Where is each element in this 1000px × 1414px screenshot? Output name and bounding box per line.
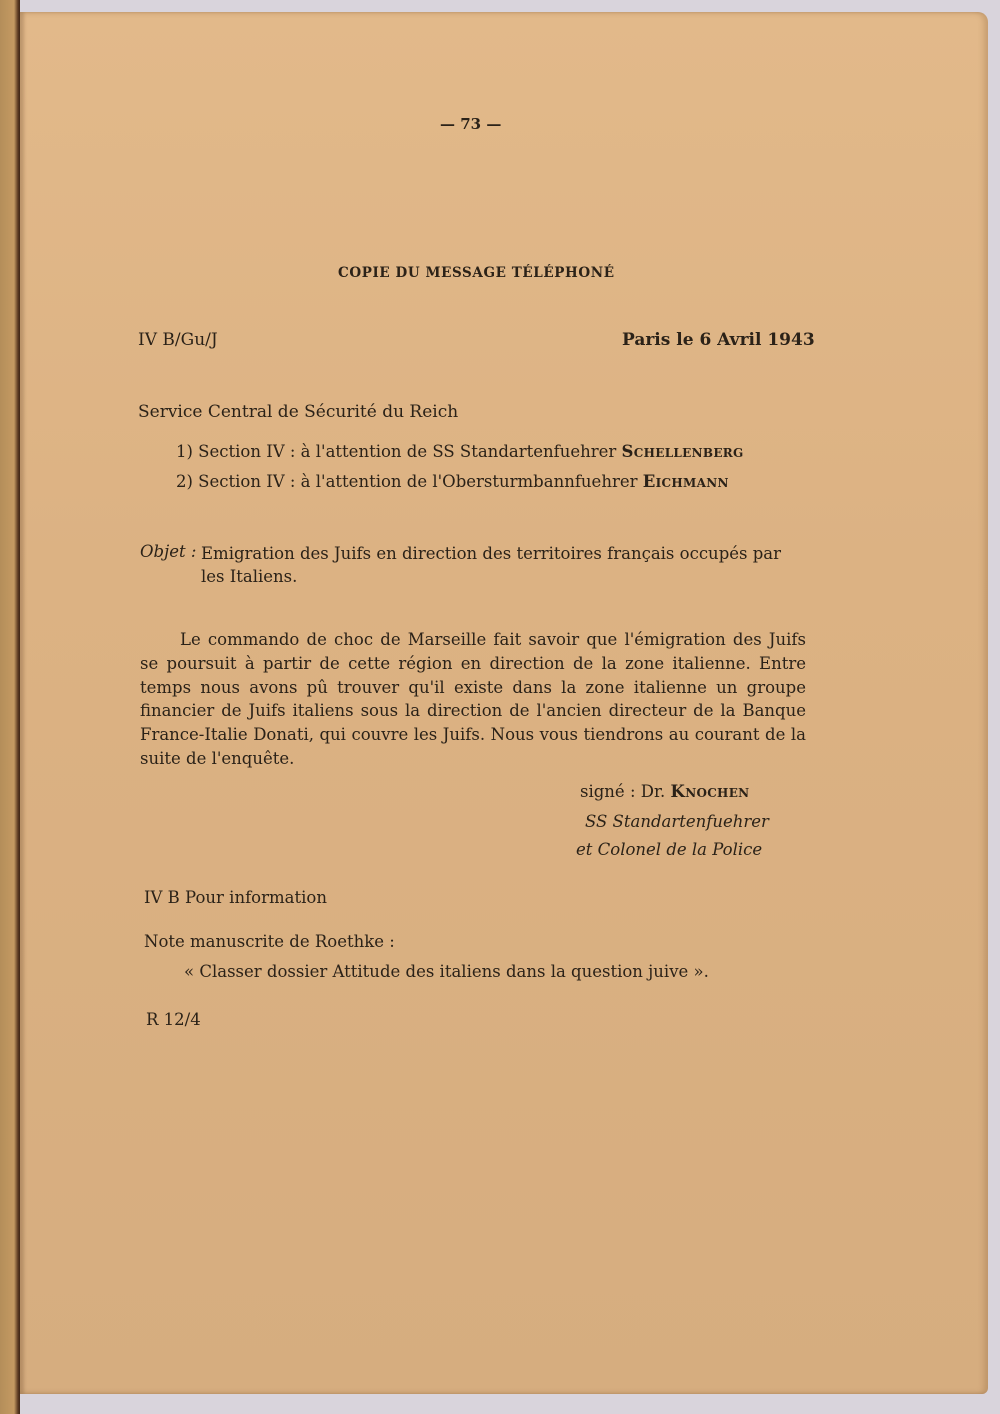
document-title: COPIE DU MESSAGE TÉLÉPHONÉ xyxy=(338,265,615,281)
document-page: — 73 — COPIE DU MESSAGE TÉLÉPHONÉ IV B/G… xyxy=(20,12,988,1394)
recipient-item-text: 2) Section IV : à l'attention de l'Obers… xyxy=(176,472,643,491)
signature-name: Knochen xyxy=(671,782,750,801)
recipient-item-2: 2) Section IV : à l'attention de l'Obers… xyxy=(176,472,729,491)
subject-text: Emigration des Juifs en direction des te… xyxy=(201,542,806,588)
handwritten-note-quote: « Classer dossier Attitude des italiens … xyxy=(184,962,709,981)
recipient-item-text: 1) Section IV : à l'attention de SS Stan… xyxy=(176,442,622,461)
recipient-name: Eichmann xyxy=(643,472,729,491)
signature-prefix: signé : Dr. xyxy=(580,782,671,801)
handwritten-note-label: Note manuscrite de Roethke : xyxy=(144,932,395,951)
for-information: IV B Pour information xyxy=(144,888,327,907)
signature-title: et Colonel de la Police xyxy=(576,840,762,859)
recipient-item-1: 1) Section IV : à l'attention de SS Stan… xyxy=(176,442,744,461)
recipient-name: Schellenberg xyxy=(622,442,744,461)
date-line: Paris le 6 Avril 1943 xyxy=(622,330,815,350)
reference-code: IV B/Gu/J xyxy=(138,330,218,350)
signature-rank: SS Standartenfuehrer xyxy=(585,812,769,831)
signature-line: signé : Dr. Knochen xyxy=(580,782,749,801)
page-number: — 73 — xyxy=(440,115,501,133)
book-spine-edge xyxy=(0,0,20,1414)
message-body: Le commando de choc de Marseille fait sa… xyxy=(140,628,806,771)
recipient: Service Central de Sécurité du Reich xyxy=(138,402,458,422)
subject-label: Objet : xyxy=(140,542,196,561)
footer-reference: R 12/4 xyxy=(146,1010,201,1029)
